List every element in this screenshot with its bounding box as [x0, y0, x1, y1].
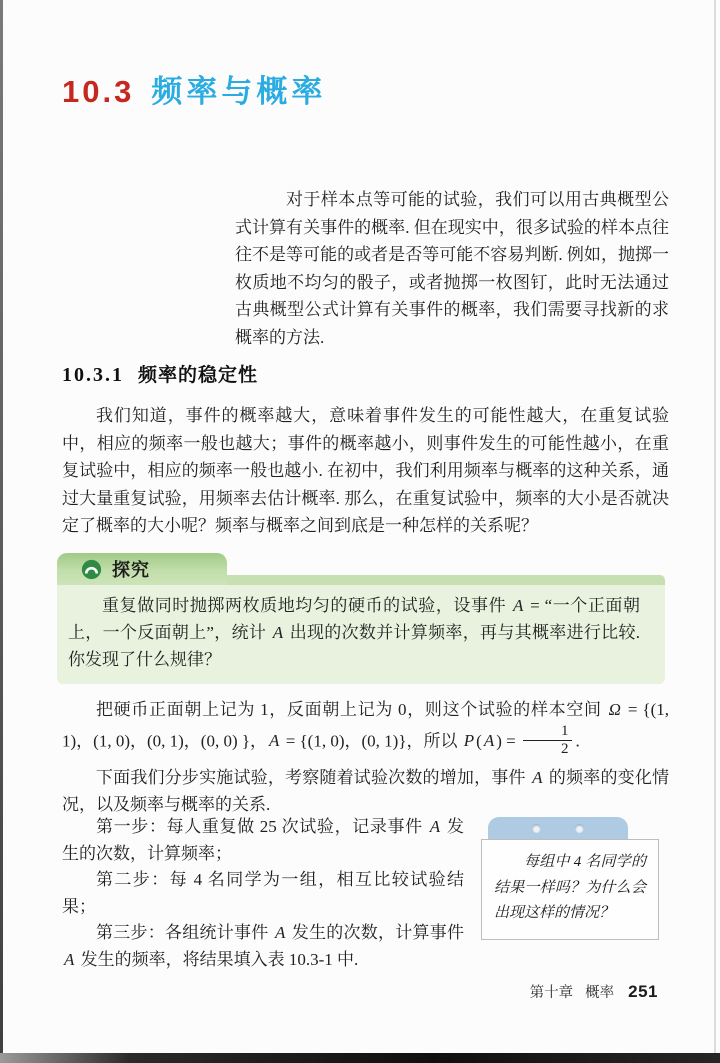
chapter-title: 10.3 频率与概率 — [62, 66, 326, 111]
textbook-page: 10.3 频率与概率 对于样本点等可能的试验，我们可以用古典概型公式计算有关事件… — [0, 0, 720, 1063]
margin-note-text: 每组中 4 名同学的结果一样吗？为什么会出现这样的情况？ — [481, 839, 659, 940]
margin-note: 每组中 4 名同学的结果一样吗？为什么会出现这样的情况？ — [481, 817, 659, 940]
section-heading: 10.3.1 频率的稳定性 — [62, 360, 258, 387]
explore-body-text: 重复做同时抛掷两枚质地均匀的硬币的试验，设事件 A = “一个正面朝上，一个反面… — [57, 585, 665, 684]
step-1: 第一步：每人重复做 25 次试验，记录事件 A 发生的次数，计算频率； — [62, 814, 464, 867]
chapter-title-number: 10.3 — [62, 74, 134, 110]
chapter-title-text: 频率与概率 — [151, 66, 326, 111]
pin-dot-icon — [575, 824, 584, 833]
footer-subject: 概率 — [585, 981, 614, 1002]
page-edge-right — [714, 0, 716, 1063]
sample-space-paragraph: 把硬币正面朝上记为 1，反面朝上记为 0，则这个试验的样本空间 Ω = {(1,… — [62, 696, 669, 758]
section-title: 频率的稳定性 — [138, 360, 258, 387]
intro-paragraph: 对于样本点等可能的试验，我们可以用古典概型公式计算有关事件的概率. 但在现实中，… — [235, 186, 669, 351]
stability-paragraph: 我们知道，事件的概率越大，意味着事件发生的可能性越大，在重复试验中，相应的频率一… — [62, 402, 669, 540]
page-number: 251 — [628, 982, 658, 1002]
explore-tab: 探究 — [57, 553, 227, 585]
explore-header: 探究 — [57, 553, 665, 585]
explore-label: 探究 — [112, 556, 150, 582]
page-footer: 第十章 概率 251 — [530, 981, 658, 1002]
experiment-intro-paragraph: 下面我们分步实施试验，考察随着试验次数的增加，事件 A 的频率的变化情况，以及频… — [62, 764, 669, 818]
explore-badge-icon — [81, 559, 102, 580]
margin-note-tab — [488, 817, 628, 840]
page-edge-bottom — [0, 1053, 720, 1063]
experiment-steps: 第一步：每人重复做 25 次试验，记录事件 A 发生的次数，计算频率； 第二步：… — [62, 814, 464, 973]
step-2: 第二步：每 4 名同学为一组，相互比较试验结果； — [62, 867, 464, 920]
section-number: 10.3.1 — [62, 364, 124, 387]
pin-dot-icon — [532, 824, 541, 833]
step-3: 第三步：各组统计事件 A 发生的次数，计算事件 A 发生的频率，将结果填入表 1… — [62, 920, 464, 973]
explore-tab-strip — [227, 575, 665, 585]
explore-box: 探究 重复做同时抛掷两枚质地均匀的硬币的试验，设事件 A = “一个正面朝上，一… — [57, 553, 665, 684]
page-edge-left — [0, 0, 3, 1063]
footer-chapter: 第十章 — [530, 981, 574, 1002]
